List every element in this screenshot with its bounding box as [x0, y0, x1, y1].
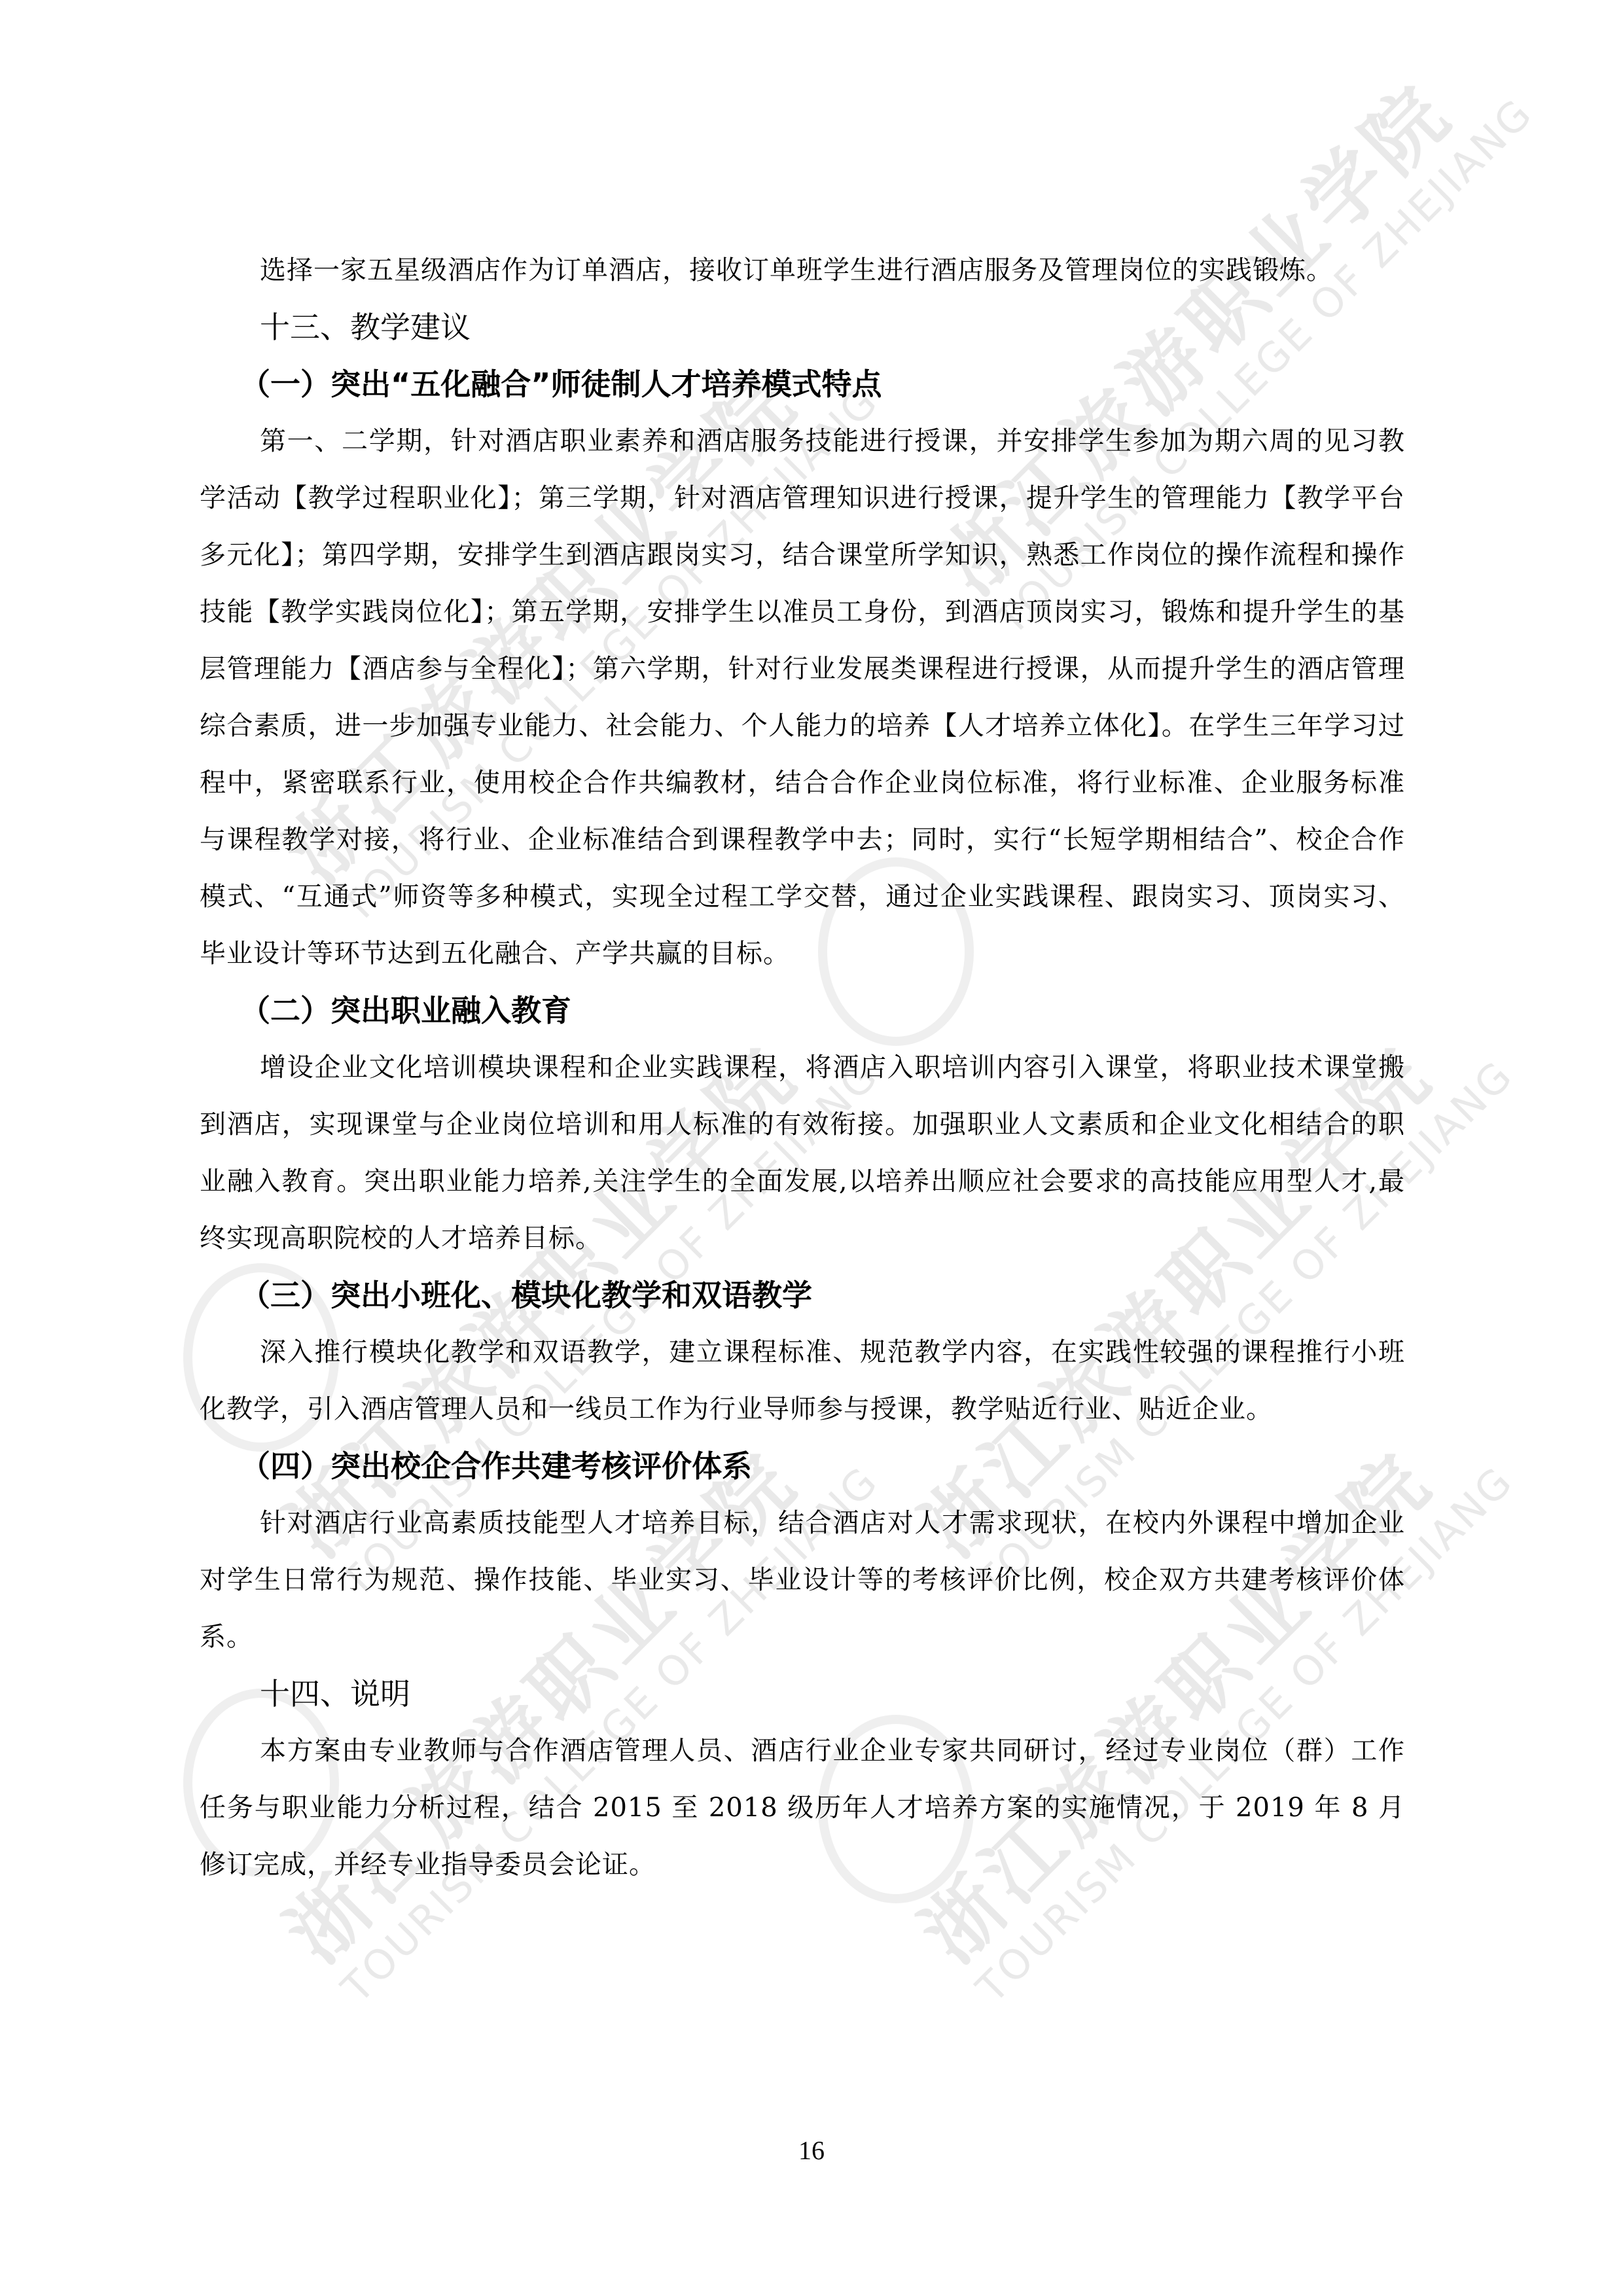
paragraph-order-hotel: 选择一家五星级酒店作为订单酒店，接收订单班学生进行酒店服务及管理岗位的实践锻炼。 — [200, 242, 1405, 299]
page-number: 16 — [0, 2135, 1623, 2166]
subsection-heading-evaluation-system: （四）突出校企合作共建考核评价体系 — [200, 1438, 1405, 1495]
paragraph-five-integration: 第一、二学期，针对酒店职业素养和酒店服务技能进行授课，并安排学生参加为期六周的见… — [200, 413, 1405, 982]
paragraph-career-integration: 增设企业文化培训模块课程和企业实践课程，将酒店入职培训内容引入课堂，将职业技术课… — [200, 1039, 1405, 1267]
section-heading-notes: 十四、说明 — [200, 1666, 1405, 1723]
subsection-heading-career-integration: （二）突出职业融入教育 — [200, 982, 1405, 1039]
section-heading-teaching-suggestions: 十三、教学建议 — [200, 299, 1405, 356]
paragraph-small-class: 深入推行模块化教学和双语教学，建立课程标准、规范教学内容，在实践性较强的课程推行… — [200, 1324, 1405, 1438]
paragraph-evaluation-system: 针对酒店行业高素质技能型人才培养目标，结合酒店对人才需求现状，在校内外课程中增加… — [200, 1495, 1405, 1666]
paragraph-notes: 本方案由专业教师与合作酒店管理人员、酒店行业企业专家共同研讨，经过专业岗位（群）… — [200, 1723, 1405, 1893]
document-page: 浙江旅游职业学院 TOURISM COLLEGE OF ZHEJIANG 浙江旅… — [0, 0, 1623, 2296]
subsection-heading-five-integration: （一）突出“五化融合”师徒制人才培养模式特点 — [200, 356, 1405, 413]
subsection-heading-small-class: （三）突出小班化、模块化教学和双语教学 — [200, 1267, 1405, 1324]
document-body: 选择一家五星级酒店作为订单酒店，接收订单班学生进行酒店服务及管理岗位的实践锻炼。… — [200, 242, 1405, 1893]
